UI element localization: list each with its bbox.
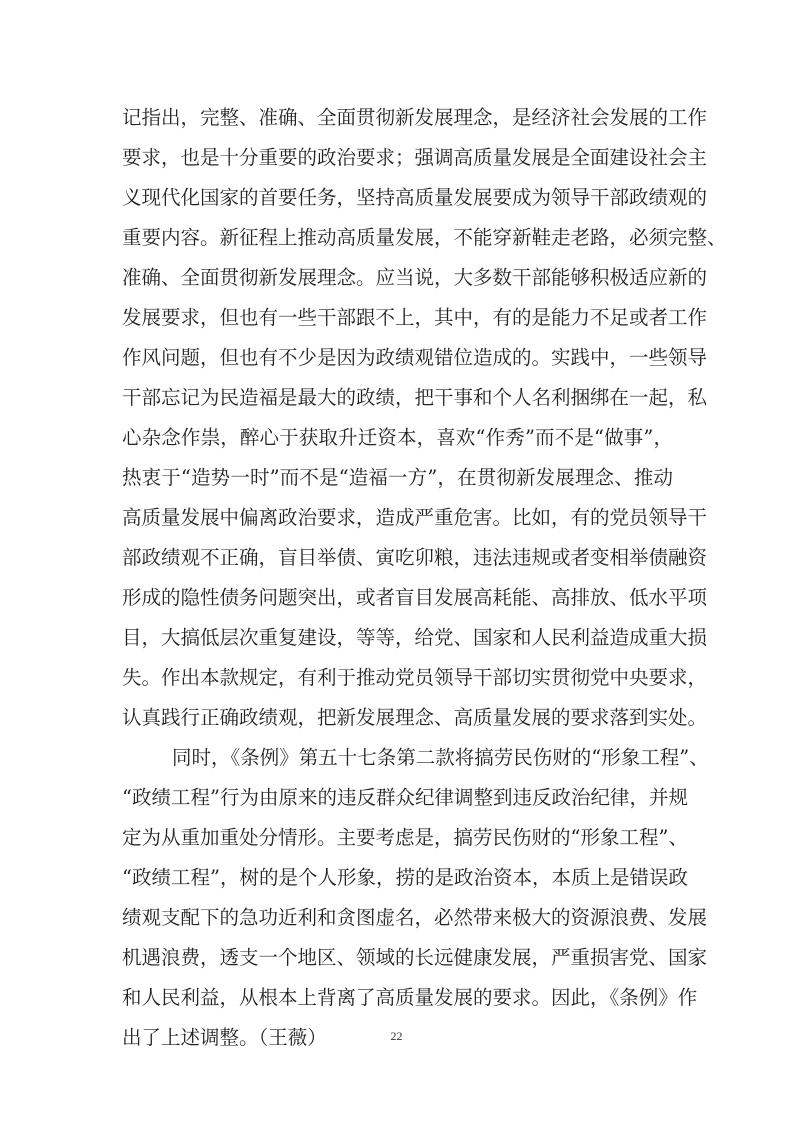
text-line: 发展要求，但也有一些干部跟不上，其中，有的是能力不足或者工作 bbox=[122, 298, 673, 338]
text-line: 重要内容。新征程上推动高质量发展，不能穿新鞋走老路，必须完整、 bbox=[122, 218, 673, 258]
text-line: 高质量发展中偏离政治要求，造成严重危害。比如，有的党员领导干 bbox=[122, 498, 673, 538]
text-line: 绩观支配下的急功近利和贪图虚名，必然带来极大的资源浪费、发展 bbox=[122, 898, 673, 938]
document-page: 记指出，完整、准确、全面贯彻新发展理念，是经济社会发展的工作 要求，也是十分重要… bbox=[0, 0, 793, 1122]
text-line: 部政绩观不正确，盲目举债、寅吃卯粮，违法违规或者变相举债融资 bbox=[122, 538, 673, 578]
text-line: 机遇浪费，透支一个地区、领域的长远健康发展，严重损害党、国家 bbox=[122, 938, 673, 978]
text-line: 心杂念作祟，醉心于获取升迁资本，喜欢“作秀”而不是“做事”， bbox=[122, 418, 673, 458]
text-line: 记指出，完整、准确、全面贯彻新发展理念，是经济社会发展的工作 bbox=[122, 98, 673, 138]
text-line: 义现代化国家的首要任务，坚持高质量发展要成为领导干部政绩观的 bbox=[122, 178, 673, 218]
text-line: 目，大搞低层次重复建设，等等，给党、国家和人民利益造成重大损 bbox=[122, 618, 673, 658]
text-line: 形成的隐性债务问题突出，或者盲目发展高耗能、高排放、低水平项 bbox=[122, 578, 673, 618]
text-line: “政绩工程”，树的是个人形象，捞的是政治资本，本质上是错误政 bbox=[122, 858, 673, 898]
text-line: 失。作出本款规定，有利于推动党员领导干部切实贯彻党中央要求， bbox=[122, 658, 673, 698]
text-line: 同时，《条例》第五十七条第二款将搞劳民伤财的“形象工程”、 bbox=[122, 738, 673, 778]
body-text: 记指出，完整、准确、全面贯彻新发展理念，是经济社会发展的工作 要求，也是十分重要… bbox=[122, 98, 682, 1058]
page-number: 22 bbox=[0, 1029, 793, 1044]
text-line: “政绩工程”行为由原来的违反群众纪律调整到违反政治纪律，并规 bbox=[122, 778, 673, 818]
text-line: 定为从重加重处分情形。主要考虑是，搞劳民伤财的“形象工程”、 bbox=[122, 818, 673, 858]
text-line: 认真践行正确政绩观，把新发展理念、高质量发展的要求落到实处。 bbox=[122, 698, 673, 738]
text-line: 热衷于“造势一时”而不是“造福一方”，在贯彻新发展理念、推动 bbox=[122, 458, 673, 498]
text-line: 准确、全面贯彻新发展理念。应当说，大多数干部能够积极适应新的 bbox=[122, 258, 673, 298]
text-line: 干部忘记为民造福是最大的政绩，把干事和个人名利捆绑在一起，私 bbox=[122, 378, 673, 418]
text-line: 要求，也是十分重要的政治要求；强调高质量发展是全面建设社会主 bbox=[122, 138, 673, 178]
text-line: 和人民利益，从根本上背离了高质量发展的要求。因此，《条例》作 bbox=[122, 978, 673, 1018]
text-line: 作风问题，但也有不少是因为政绩观错位造成的。实践中，一些领导 bbox=[122, 338, 673, 378]
